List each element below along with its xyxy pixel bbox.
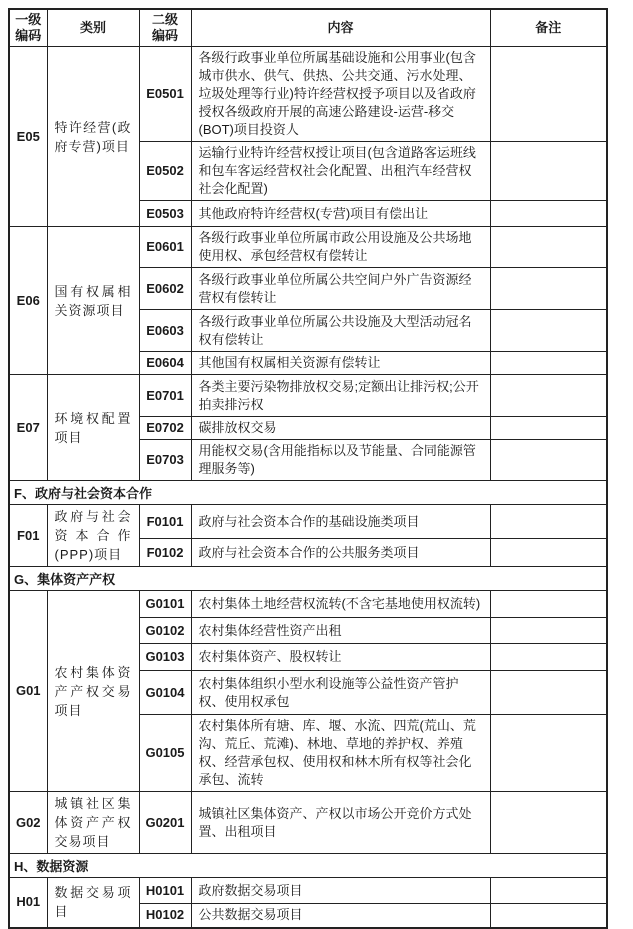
level2-code-cell: E0701: [139, 375, 191, 417]
table-row: H01 数据交易项目 H0101 政府数据交易项目: [9, 878, 607, 904]
content-cell: 城镇社区集体资产、产权以市场公开竞价方式处置、出租项目: [191, 792, 490, 854]
level2-code-cell: G0101: [139, 591, 191, 618]
level2-code-cell: G0201: [139, 792, 191, 854]
level1-code-cell: E05: [9, 47, 47, 227]
col-header-content: 内容: [191, 9, 490, 47]
content-cell: 其他国有权属相关资源有偿转让: [191, 352, 490, 375]
level2-code-cell: G0104: [139, 671, 191, 715]
category-cell: 数据交易项目: [47, 878, 139, 928]
section-banner: H、数据资源: [9, 854, 607, 878]
remark-cell: [490, 591, 607, 618]
section-banner: G、集体资产产权: [9, 567, 607, 591]
level2-code-cell: E0703: [139, 440, 191, 481]
level2-code-cell: E0603: [139, 310, 191, 352]
content-cell: 用能权交易(含用能指标以及节能量、合同能源管理服务等): [191, 440, 490, 481]
remark-cell: [490, 505, 607, 539]
table-row: E06 国有权属相关资源项目 E0601 各级行政事业单位所属市政公用设施及公共…: [9, 227, 607, 268]
table-row: F01 政府与社会资本合作(PPP)项目 F0101 政府与社会资本合作的基础设…: [9, 505, 607, 539]
category-cell: 国有权属相关资源项目: [47, 227, 139, 375]
level2-code-cell: E0604: [139, 352, 191, 375]
level2-code-cell: G0102: [139, 618, 191, 644]
content-cell: 各类主要污染物排放权交易;定额出让排污权;公开拍卖排污权: [191, 375, 490, 417]
table-row: E05 特许经营(政府专营)项目 E0501 各级行政事业单位所属基础设施和公用…: [9, 47, 607, 142]
level1-code-cell: H01: [9, 878, 47, 928]
level2-code-cell: H0101: [139, 878, 191, 904]
content-cell: 农村集体土地经营权流转(不含宅基地使用权流转): [191, 591, 490, 618]
remark-cell: [490, 47, 607, 142]
level2-code-cell: E0502: [139, 142, 191, 201]
section-banner: F、政府与社会资本合作: [9, 481, 607, 505]
content-cell: 农村集体经营性资产出租: [191, 618, 490, 644]
remark-cell: [490, 268, 607, 310]
table-row: G02 城镇社区集体资产产权交易项目 G0201 城镇社区集体资产、产权以市场公…: [9, 792, 607, 854]
level1-code-cell: G02: [9, 792, 47, 854]
category-cell: 特许经营(政府专营)项目: [47, 47, 139, 227]
content-cell: 其他政府特许经营权(专营)项目有偿出让: [191, 201, 490, 227]
category-cell: 城镇社区集体资产产权交易项目: [47, 792, 139, 854]
level2-code-cell: E0602: [139, 268, 191, 310]
remark-cell: [490, 671, 607, 715]
content-cell: 农村集体资产、股权转让: [191, 644, 490, 671]
remark-cell: [490, 644, 607, 671]
remark-cell: [490, 539, 607, 567]
level2-code-cell: E0702: [139, 417, 191, 440]
remark-cell: [490, 352, 607, 375]
content-cell: 政府与社会资本合作的公共服务类项目: [191, 539, 490, 567]
content-cell: 政府与社会资本合作的基础设施类项目: [191, 505, 490, 539]
classification-table: 一级 编码 类别 二级 编码 内容 备注 E05 特许经营(政府专营)项目 E0…: [8, 8, 608, 929]
col-header-level2-code: 二级 编码: [139, 9, 191, 47]
table-row: E07 环境权配置项目 E0701 各类主要污染物排放权交易;定额出让排污权;公…: [9, 375, 607, 417]
level2-code-cell: F0101: [139, 505, 191, 539]
level1-code-cell: E07: [9, 375, 47, 481]
level2-code-cell: E0501: [139, 47, 191, 142]
section-banner-row: G、集体资产产权: [9, 567, 607, 591]
remark-cell: [490, 201, 607, 227]
content-cell: 公共数据交易项目: [191, 904, 490, 928]
level2-code-cell: E0503: [139, 201, 191, 227]
header-row: 一级 编码 类别 二级 编码 内容 备注: [9, 9, 607, 47]
content-cell: 各级行政事业单位所属市政公用设施及公共场地使用权、承包经营权有偿转让: [191, 227, 490, 268]
remark-cell: [490, 375, 607, 417]
remark-cell: [490, 440, 607, 481]
level2-code-cell: H0102: [139, 904, 191, 928]
remark-cell: [490, 715, 607, 792]
level2-code-cell: G0105: [139, 715, 191, 792]
content-cell: 农村集体所有塘、库、堰、水流、四荒(荒山、荒沟、荒丘、荒滩)、林地、草地的养护权…: [191, 715, 490, 792]
content-cell: 政府数据交易项目: [191, 878, 490, 904]
document-page: 一级 编码 类别 二级 编码 内容 备注 E05 特许经营(政府专营)项目 E0…: [0, 0, 633, 869]
category-cell: 农村集体资产产权交易项目: [47, 591, 139, 792]
remark-cell: [490, 878, 607, 904]
content-cell: 农村集体组织小型水利设施等公益性资产管护权、使用权承包: [191, 671, 490, 715]
content-cell: 碳排放权交易: [191, 417, 490, 440]
category-cell: 政府与社会资本合作(PPP)项目: [47, 505, 139, 567]
level2-code-cell: G0103: [139, 644, 191, 671]
section-banner-row: H、数据资源: [9, 854, 607, 878]
remark-cell: [490, 904, 607, 928]
col-header-level1-code: 一级 编码: [9, 9, 47, 47]
col-header-remark: 备注: [490, 9, 607, 47]
remark-cell: [490, 792, 607, 854]
level1-code-cell: F01: [9, 505, 47, 567]
content-cell: 各级行政事业单位所属公共空间户外广告资源经营权有偿转让: [191, 268, 490, 310]
remark-cell: [490, 618, 607, 644]
category-cell: 环境权配置项目: [47, 375, 139, 481]
remark-cell: [490, 142, 607, 201]
content-cell: 运输行业特许经营权授让项目(包含道路客运班线和包车客运经营权社会化配置、出租汽车…: [191, 142, 490, 201]
content-cell: 各级行政事业单位所属公共设施及大型活动冠名权有偿转让: [191, 310, 490, 352]
level1-code-cell: G01: [9, 591, 47, 792]
table-row: G01 农村集体资产产权交易项目 G0101 农村集体土地经营权流转(不含宅基地…: [9, 591, 607, 618]
level2-code-cell: F0102: [139, 539, 191, 567]
content-cell: 各级行政事业单位所属基础设施和公用事业(包含城市供水、供气、供热、公共交通、污水…: [191, 47, 490, 142]
remark-cell: [490, 310, 607, 352]
remark-cell: [490, 417, 607, 440]
section-banner-row: F、政府与社会资本合作: [9, 481, 607, 505]
level2-code-cell: E0601: [139, 227, 191, 268]
level1-code-cell: E06: [9, 227, 47, 375]
remark-cell: [490, 227, 607, 268]
col-header-category: 类别: [47, 9, 139, 47]
